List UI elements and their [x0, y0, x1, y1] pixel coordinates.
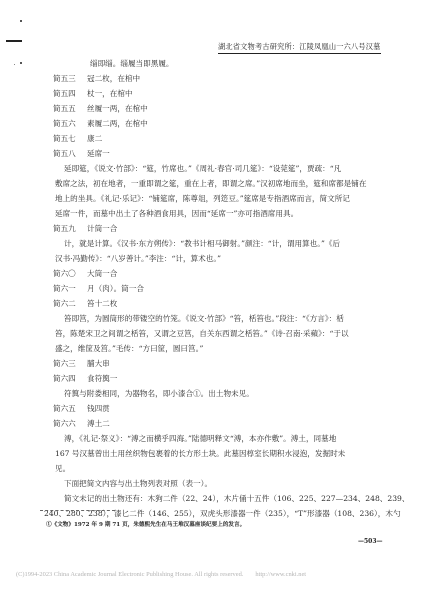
slip-number: 简六四	[53, 374, 87, 384]
paragraph-line: 汉书·冯勤传》：“八岁善计。”李注：“计，算术也。”	[55, 254, 221, 264]
line-text: 钱四贯	[87, 404, 110, 413]
paragraph-line: 167 号汉墓曾出土用丝织物包裹着的长方形土块。此墓因椁室长期积水浸泡，发掘时未	[55, 449, 345, 459]
slip-entry: 简六四食符籅一	[53, 374, 117, 384]
line-text: 丝履一两，在棺中	[87, 104, 148, 113]
slip-entry: 简五七康二	[53, 134, 102, 144]
slip-entry: 简五八延席一	[53, 149, 110, 159]
line-text: 汉书·冯勤传》：“八岁善计。”李注：“计，算术也。”	[55, 254, 221, 263]
line-text: 溥，《礼记·祭义》：“溥之而横乎四海。”陆德明释文“溥，本亦作敷”。溥土，同墓地	[64, 434, 336, 443]
line-text: 杖一，在棺中	[87, 89, 133, 98]
paragraph-line: 缁即缁。缁履当即黑履。	[90, 59, 174, 69]
paragraph-line: 地上的坐具。《礼记·乐记》：“铺筵席，陈尊俎，列笾豆。”筵席是专指酒席而言，简文…	[55, 194, 350, 204]
slip-number: 简六三	[53, 359, 87, 369]
line-text: 笞十二枚	[87, 299, 117, 308]
line-text: 康二	[87, 134, 102, 143]
line-text: 笞，陈楚宋卫之间谓之栝笞，又谓之豆筥，自关东西谓之栝笞。”《诗·召南·采蘋》：“…	[55, 329, 349, 338]
line-text: 食符籅一	[87, 374, 117, 383]
line-text: 脯大串	[87, 359, 110, 368]
slip-number: 简五七	[53, 134, 87, 144]
slip-number: 简五三	[53, 74, 87, 84]
line-text: 冠二枚，在棺中	[87, 74, 140, 83]
line-text: 盛之，维筐及筥。”毛传：“方曰筐，圆曰筥。”	[55, 344, 203, 353]
slip-number: 简六六	[53, 419, 87, 429]
footnote: ①《文物》1972 年 9 期 71 页，朱德熙先生在马王堆汉墓座谈纪要上的发言…	[46, 520, 245, 528]
slip-number: 简六二	[53, 299, 87, 309]
copyright-line: (C)1994-2023 China Academic Journal Elec…	[16, 571, 306, 578]
page-number: —503—	[358, 538, 383, 545]
copyright-url: http://www.cnki.net	[255, 571, 306, 578]
slip-entry: 简六一月（肉）。筒一合	[53, 284, 144, 294]
paragraph-line: 笞即筥，为圆筒形的带镂空的竹笼。《说文·竹部》“笞，栝笞也。”段注：“《方言》：…	[64, 314, 344, 324]
line-text: 溥土二	[87, 419, 110, 428]
line-text: 敷席之法，初在地者，一重即谓之筵，重在上者，即谓之席。”汉初席地而坐，筵和席都是…	[55, 179, 366, 188]
paragraph-line: 敷席之法，初在地者，一重即谓之筵，重在上者，即谓之席。”汉初席地而坐，筵和席都是…	[55, 179, 366, 189]
running-header: 湖北省文物考古研究所：江陵凤凰山一六八号汉墓	[218, 42, 381, 54]
line-text: 下面把简文内容与出土物列表对照（表一）。	[64, 479, 212, 488]
line-text: 素履二两，在棺中	[87, 119, 148, 128]
line-text: 缁即缁。缁履当即黑履。	[90, 59, 174, 68]
slip-entry: 简五四杖一，在棺中	[53, 89, 133, 99]
slip-entry: 简六二笞十二枚	[53, 299, 117, 309]
slip-entry: 简六三脯大串	[53, 359, 110, 369]
paragraph-line: 延席一件，而墓中出土了各种酒食用具，因而“延席一”亦可指酒席用具。	[55, 209, 298, 219]
line-text: 167 号汉墓曾出土用丝织物包裹着的长方形土块。此墓因椁室长期积水浸泡，发掘时未	[55, 449, 345, 458]
document-page: 湖北省文物考古研究所：江陵凤凰山一六八号汉墓 缁即缁。缁履当即黑履。简五三冠二枚…	[0, 0, 433, 599]
line-text: 延席一	[87, 149, 110, 158]
paragraph-line: 计，就是计算。《汉书·东方朔传》：“教书计相马御射。”颜注：“计，谓用算也。”《…	[64, 239, 340, 249]
line-text: 月（肉）。筒一合	[87, 284, 144, 293]
margin-dot	[20, 62, 22, 64]
slip-entry: 简六〇大筒一合	[53, 269, 117, 279]
line-text: 符籅与附娄相同，为器物名，即小漆合①。出土物未见。	[64, 389, 254, 398]
line-text: 简文未记的出土物还有：木狗二件（22、24），木片俑十五件（106、225、22…	[64, 494, 410, 503]
paragraph-line: 笞，陈楚宋卫之间谓之栝笞，又谓之豆筥，自关东西谓之栝笞。”《诗·召南·采蘋》：“…	[55, 329, 349, 339]
line-text: 延即筵，《说文·竹部》：“筵，竹席也。”《周礼·春官·司几筵》：“设莞筵”，贾疏…	[64, 164, 341, 173]
line-text: 地上的坐具。《礼记·乐记》：“铺筵席，陈尊俎，列笾豆。”筵席是专指酒席而言，简文…	[55, 194, 350, 203]
margin-dot	[14, 64, 15, 65]
paragraph-line: 符籅与附娄相同，为器物名，即小漆合①。出土物未见。	[64, 389, 254, 399]
line-text: 计筒一合	[87, 224, 117, 233]
slip-number: 简五九	[53, 224, 87, 234]
slip-entry: 简五五丝履一两，在棺中	[53, 104, 148, 114]
slip-number: 简六五	[53, 404, 87, 414]
slip-entry: 简六六溥土二	[53, 419, 110, 429]
slip-entry: 简五三冠二枚，在棺中	[53, 74, 140, 84]
paragraph-line: 延即筵，《说文·竹部》：“筵，竹席也。”《周礼·春官·司几筵》：“设莞筵”，贾疏…	[64, 164, 341, 174]
paragraph-line: 溥，《礼记·祭义》：“溥之而横乎四海。”陆德明释文“溥，本亦作敷”。溥土，同墓地	[64, 434, 336, 444]
paragraph-line: 下面把简文内容与出土物列表对照（表一）。	[64, 479, 212, 489]
line-text: 大筒一合	[87, 269, 117, 278]
slip-number: 简五四	[53, 89, 87, 99]
margin-dot	[20, 20, 22, 22]
slip-number: 简五八	[53, 149, 87, 159]
paragraph-line: 见。	[55, 464, 70, 474]
line-text: 延席一件，而墓中出土了各种酒食用具，因而“延席一”亦可指酒席用具。	[55, 209, 298, 218]
slip-number: 简六一	[53, 284, 87, 294]
slip-number: 简五五	[53, 104, 87, 114]
slip-number: 简五六	[53, 119, 87, 129]
slip-entry: 简五六素履二两，在棺中	[53, 119, 148, 129]
margin-dash	[6, 40, 22, 42]
line-text: 计，就是计算。《汉书·东方朔传》：“教书计相马御射。”颜注：“计，谓用算也。”《…	[64, 239, 340, 248]
paragraph-line: 盛之，维筐及筥。”毛传：“方曰筐，圆曰筥。”	[55, 344, 203, 354]
line-text: 笞即筥，为圆筒形的带镂空的竹笼。《说文·竹部》“笞，栝笞也。”段注：“《方言》：…	[64, 314, 344, 323]
slip-entry: 简六五钱四贯	[53, 404, 110, 414]
slip-entry: 简五九计筒一合	[53, 224, 117, 234]
line-text: 见。	[55, 464, 70, 473]
copyright-text: (C)1994-2023 China Academic Journal Elec…	[16, 571, 243, 578]
footnote-divider	[40, 510, 115, 511]
paragraph-line: 简文未记的出土物还有：木狗二件（22、24），木片俑十五件（106、225、22…	[64, 494, 410, 504]
slip-number: 简六〇	[53, 269, 87, 279]
